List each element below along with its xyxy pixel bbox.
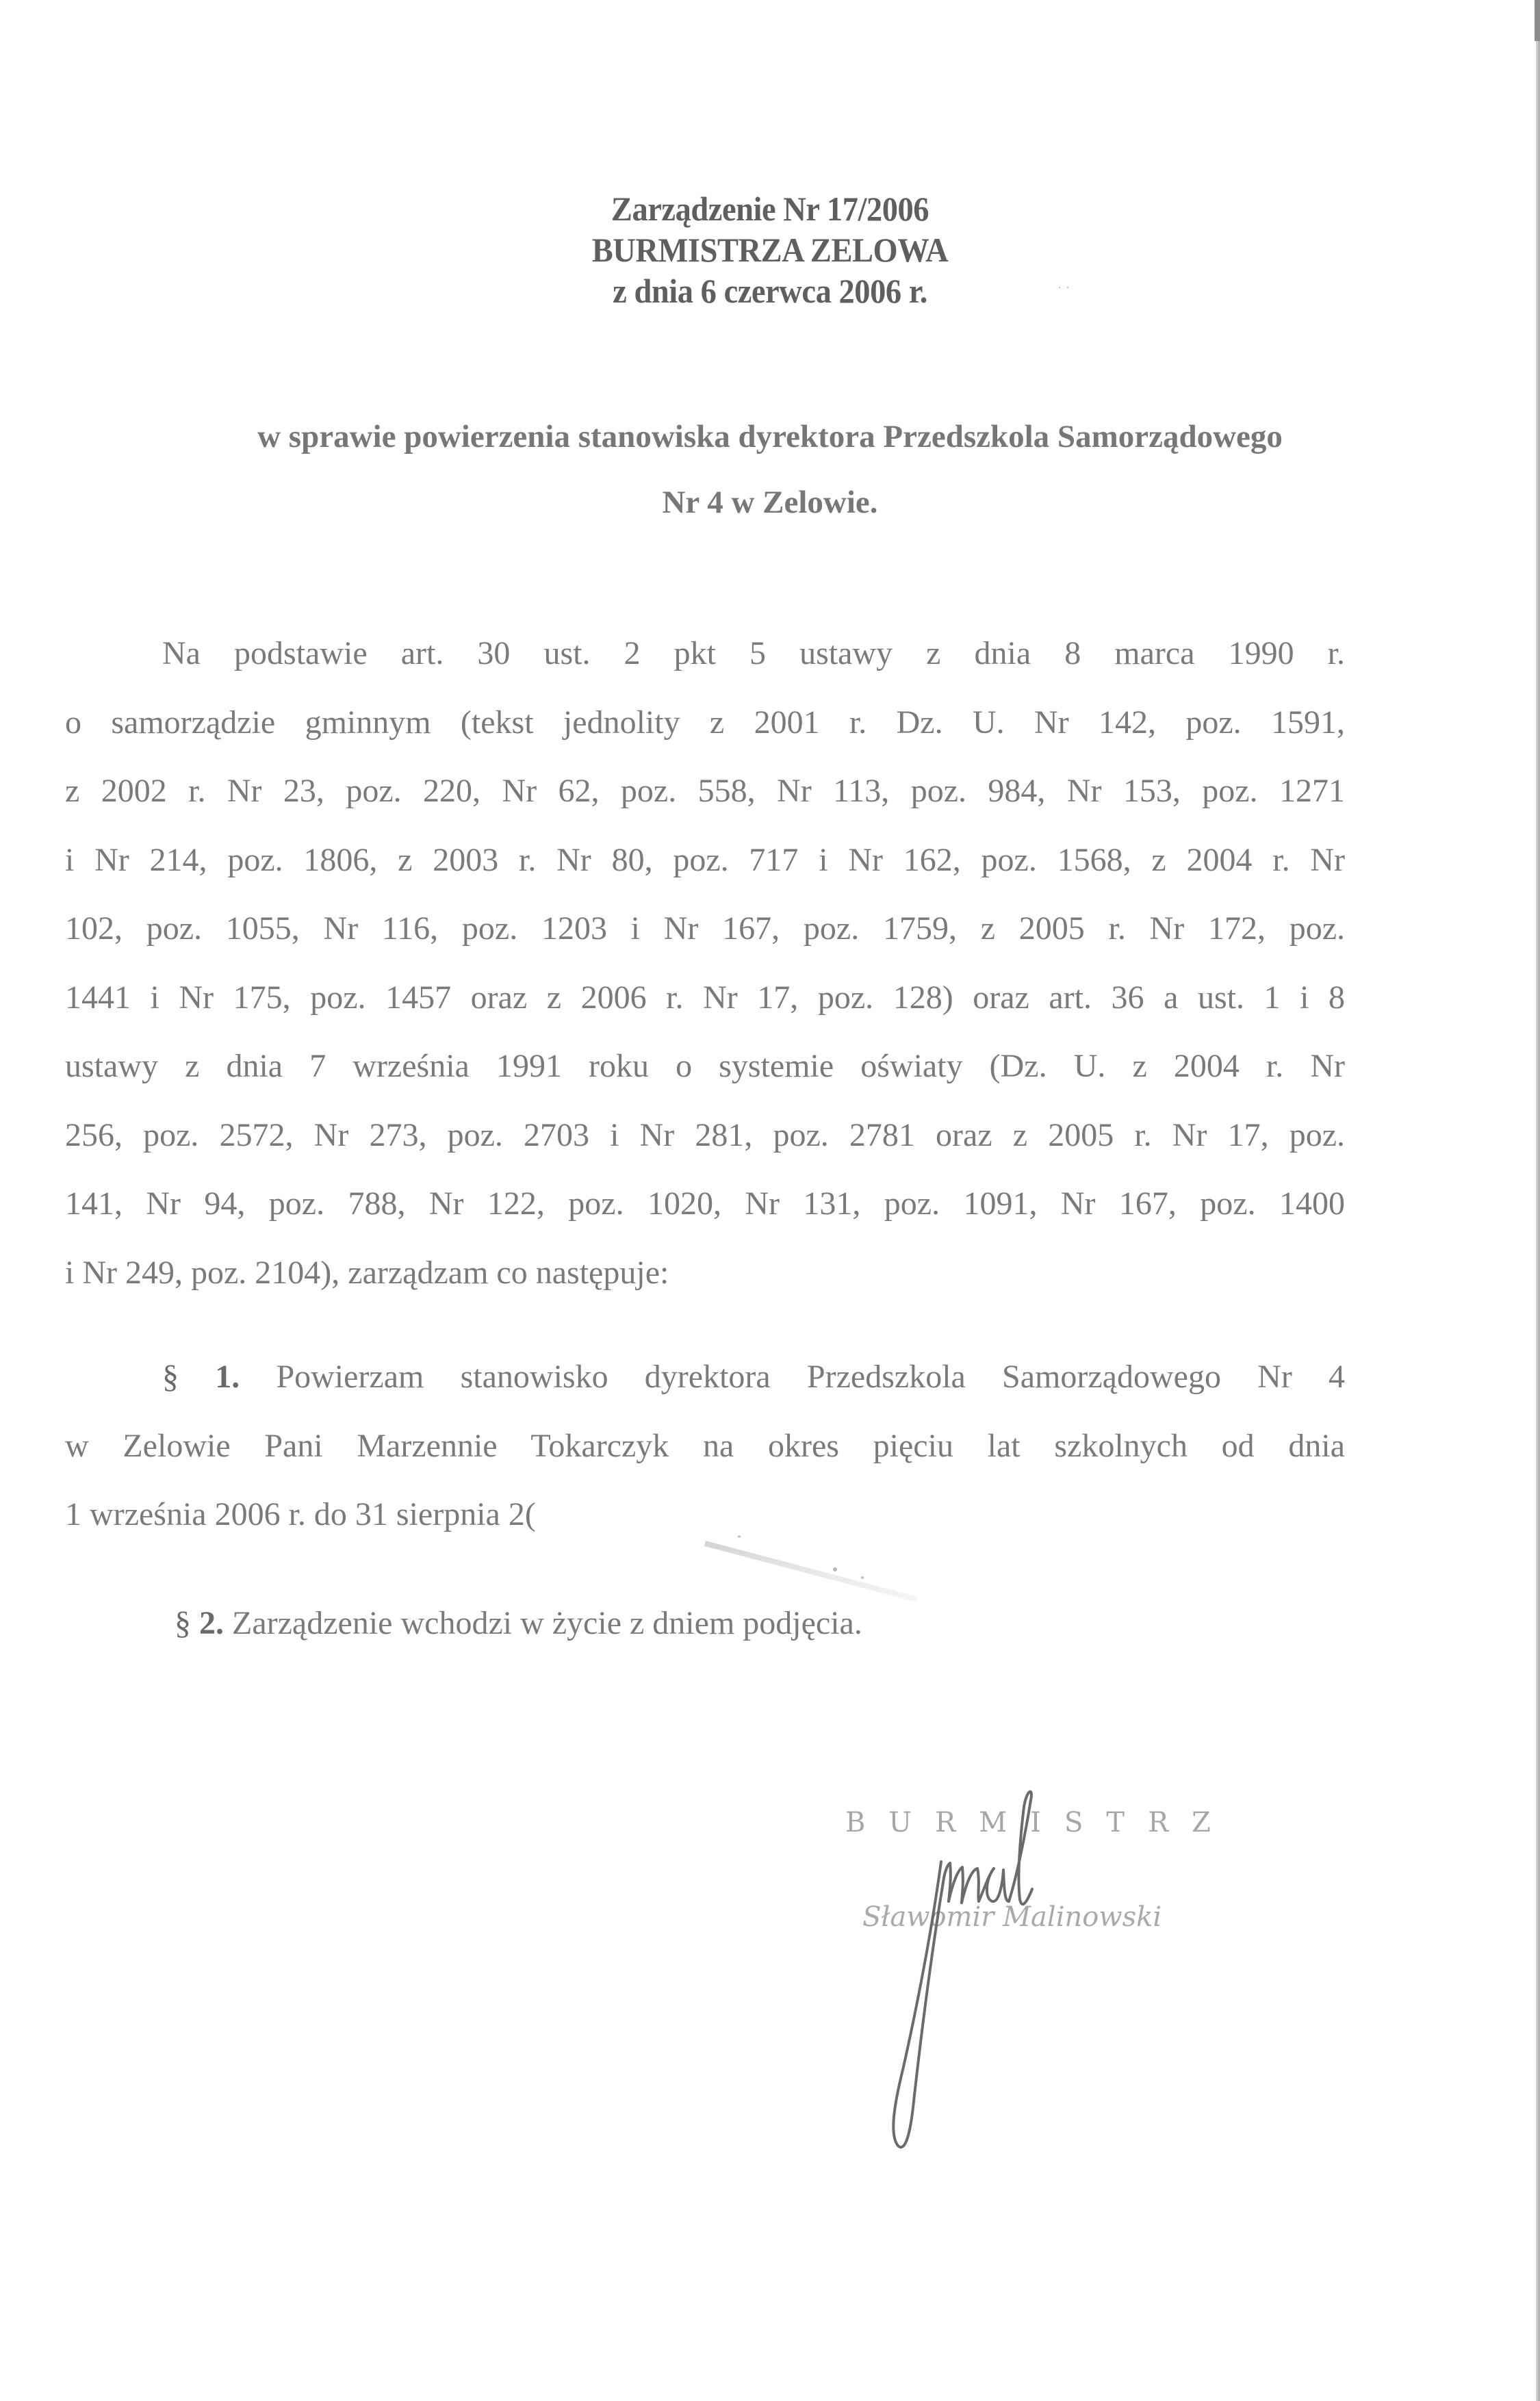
- preamble-paragraph: Na podstawie art. 30 ust. 2 pkt 5 ustawy…: [65, 619, 1345, 1307]
- preamble-line: 256, poz. 2572, Nr 273, poz. 2703 i Nr 2…: [65, 1101, 1345, 1170]
- preamble-line: i Nr 249, poz. 2104), zarządzam co nastę…: [65, 1239, 1345, 1308]
- preamble-line: ustawy z dnia 7 września 1991 roku o sys…: [65, 1032, 1345, 1101]
- preamble-line: z 2002 r. Nr 23, poz. 220, Nr 62, poz. 5…: [65, 757, 1345, 826]
- document-subject: w sprawie powierzenia stanowiska dyrekto…: [0, 404, 1540, 535]
- document-title: Zarządzenie Nr 17/2006: [54, 188, 1487, 229]
- section-2: § 2. Zarządzenie wchodzi w życie z dniem…: [175, 1589, 1201, 1658]
- section-2-text: Zarządzenie wchodzi w życie z dniem podj…: [232, 1605, 862, 1641]
- document-issuer: BURMISTRZA ZELOWA: [54, 229, 1487, 270]
- scan-border-mark: [1535, 0, 1540, 41]
- preamble-line: o samorządzie gminnym (tekst jednolity z…: [65, 689, 1345, 758]
- section-2-line: § 2. Zarządzenie wchodzi w życie z dniem…: [175, 1589, 1201, 1658]
- preamble-line: Na podstawie art. 30 ust. 2 pkt 5 ustawy…: [65, 619, 1345, 689]
- section-mark: §: [175, 1605, 191, 1641]
- subject-line-1: w sprawie powierzenia stanowiska dyrekto…: [0, 404, 1540, 470]
- signature-icon: [862, 1780, 1136, 2163]
- preamble-line: i Nr 214, poz. 1806, z 2003 r. Nr 80, po…: [65, 826, 1345, 895]
- section-1-line: § 1. Powierzam stanowisko dyrektora Prze…: [65, 1343, 1345, 1412]
- preamble-line: 141, Nr 94, poz. 788, Nr 122, poz. 1020,…: [65, 1170, 1345, 1239]
- section-1: § 1. Powierzam stanowisko dyrektora Prze…: [65, 1343, 1345, 1550]
- section-mark: §: [162, 1359, 179, 1395]
- document-date: z dnia 6 czerwca 2006 r.: [54, 270, 1487, 311]
- section-number: 1.: [215, 1359, 240, 1395]
- section-1-line: w Zelowie Pani Marzennie Tokarczyk na ok…: [65, 1412, 1345, 1481]
- document-header: Zarządzenie Nr 17/2006 BURMISTRZA ZELOWA…: [0, 188, 1540, 311]
- scan-border-right: [1536, 0, 1540, 2401]
- preamble-line: 102, poz. 1055, Nr 116, poz. 1203 i Nr 1…: [65, 895, 1345, 964]
- section-number: 2.: [199, 1605, 224, 1641]
- subject-line-2: Nr 4 w Zelowie.: [0, 470, 1540, 535]
- preamble-line: 1441 i Nr 175, poz. 1457 oraz z 2006 r. …: [65, 964, 1345, 1033]
- section-1-text: Powierzam stanowisko dyrektora Przedszko…: [276, 1359, 1345, 1395]
